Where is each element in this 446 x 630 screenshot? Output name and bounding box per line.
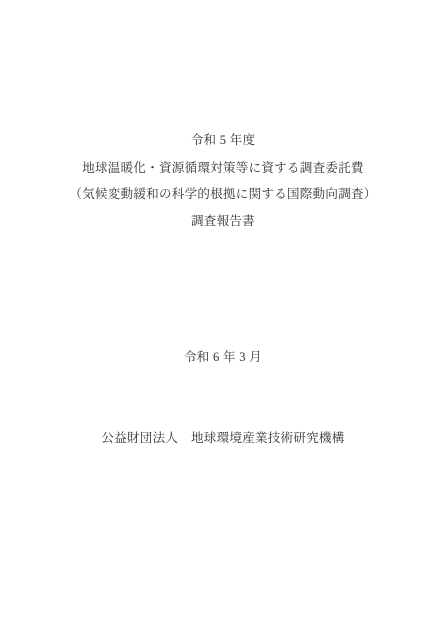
publication-date-line: 令和 6 年 3 月 [0, 350, 446, 364]
organization-line: 公益財団法人 地球環境産業技術研究機構 [0, 431, 446, 445]
report-cover-page: 令和 5 年度 地球温暖化・資源循環対策等に資する調査委託費 （気候変動緩和の科… [0, 0, 446, 630]
survey-subtitle-line: （気候変動緩和の科学的根拠に関する国際動向調査） [0, 187, 446, 201]
document-type-line: 調査報告書 [0, 214, 446, 228]
program-title-line: 地球温暖化・資源循環対策等に資する調査委託費 [0, 161, 446, 175]
fiscal-year-line: 令和 5 年度 [0, 133, 446, 147]
